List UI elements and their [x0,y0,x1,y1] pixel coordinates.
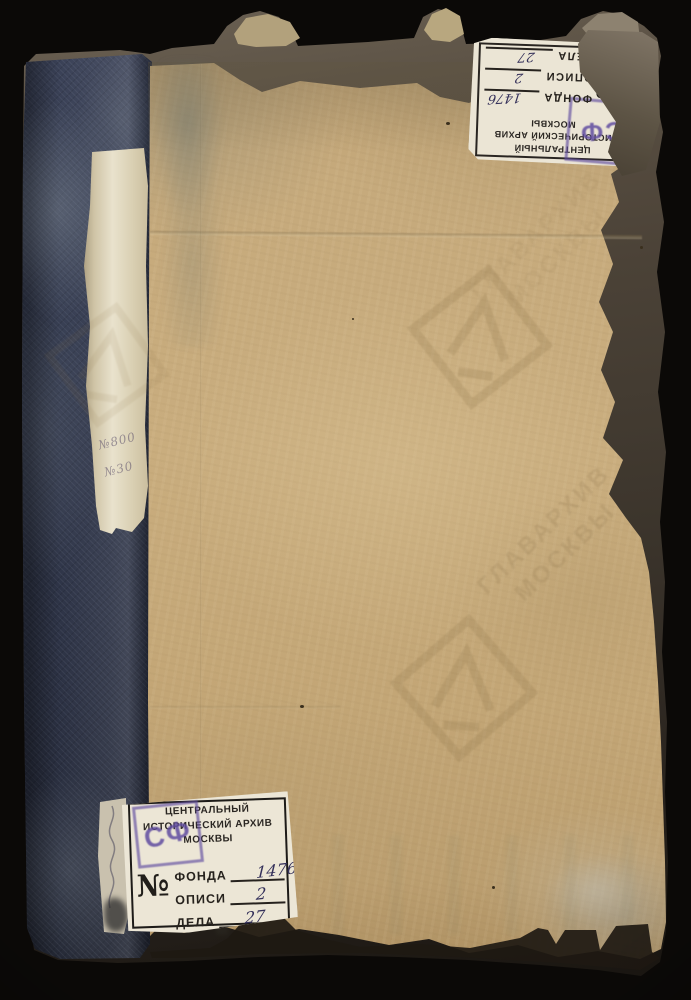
spine-handwritten-note: №800 [97,430,138,453]
paper-speck [352,318,354,320]
sf-stamp-text: СФ [141,813,195,855]
grey-smudge [152,62,232,347]
delo-underline: 27 [485,47,553,72]
delo-value: 27 [517,49,536,65]
opis-value: 2 [514,70,524,85]
paper-speck [300,705,304,708]
torn-paper-fragment [228,12,302,48]
sf-stamp: СФ [132,800,204,869]
delo-label: ДЕЛА [176,915,216,930]
delo-row: ДЕЛА 27 [485,47,594,72]
dark-smudge [104,898,128,932]
spine-handwritten-note: №30 [103,459,135,480]
paper-speck [640,246,643,249]
paper-speck [446,122,450,125]
paper-speck [492,886,495,889]
number-sign: № [136,871,170,902]
fond-label: ФОНДА [543,91,593,105]
fond-label: ФОНДА [174,868,227,884]
label-fields: ФОНДА 1476 ОПИСИ 2 ДЕЛА 27 [174,857,286,930]
opis-value: 2 [255,884,266,904]
fond-underline: 1476 [484,89,540,114]
fond-value: 1476 [487,89,522,106]
archive-label-bottom: ЦЕНТРАЛЬНЫЙ ИСТОРИЧЕСКИЙ АРХИВ МОСКВЫ СФ… [120,791,299,935]
horizontal-crease [150,706,340,709]
book-cover-photo: №800 №30 ГЛАВАРХИВ МОСКВЫ ГЛАВАРХИВ МОСК… [0,0,691,1000]
label-fields: ФОНДА 1476 ОПИСИ 2 ДЕЛА 27 [484,47,594,114]
opis-underline: 2 [484,68,541,93]
